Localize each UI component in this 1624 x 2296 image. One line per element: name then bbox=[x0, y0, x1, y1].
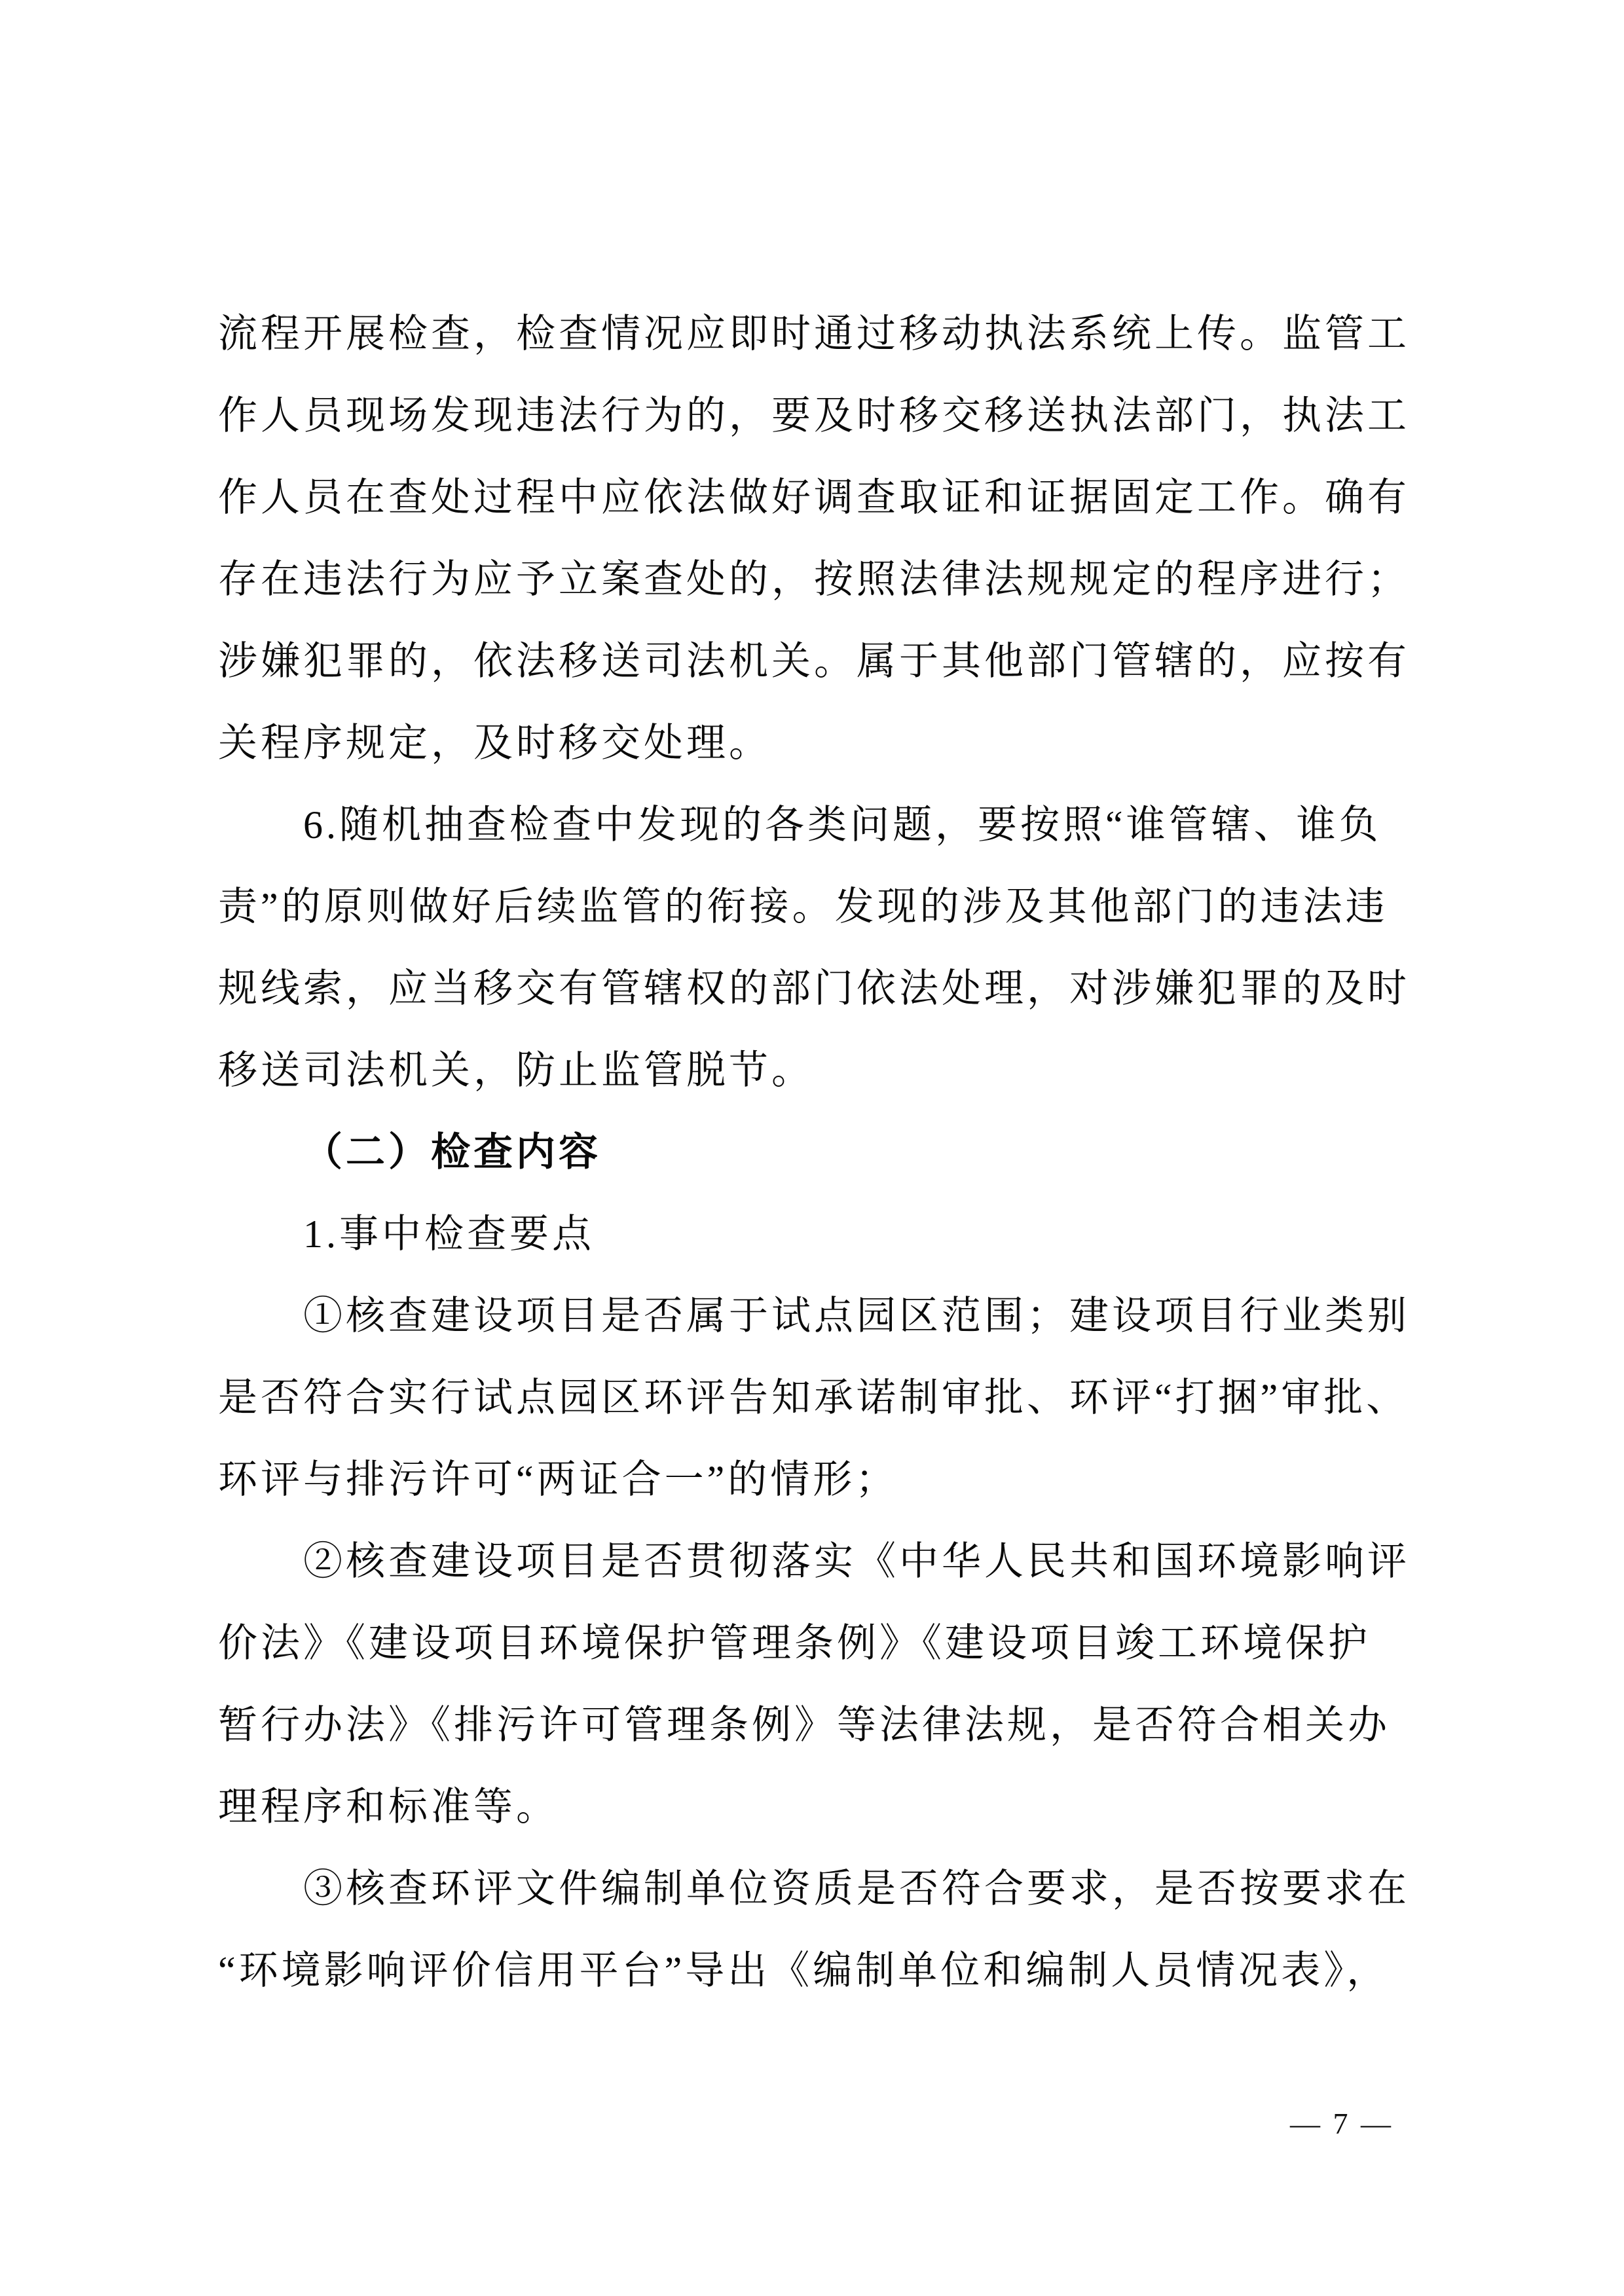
text-line: 存在违法行为应予立案查处的，按照法律法规规定的程序进行； bbox=[218, 539, 1436, 621]
text-line: 理程序和标准等。 bbox=[218, 1766, 1436, 1848]
text-line: 环评与排污许可“两证合一”的情形； bbox=[218, 1439, 1436, 1521]
document-body: 流程开展检查，检查情况应即时通过移动执法系统上传。监管工 作人员现场发现违法行为… bbox=[218, 293, 1436, 2012]
text-line: 关程序规定，及时移交处理。 bbox=[218, 702, 1436, 784]
text-line: 作人员在查处过程中应依法做好调查取证和证据固定工作。确有 bbox=[218, 457, 1436, 539]
list-item-line: ②核查建设项目是否贯彻落实《中华人民共和国环境影响评 bbox=[218, 1521, 1436, 1603]
list-item-heading: 1.事中检查要点 bbox=[218, 1194, 1436, 1275]
text-line: 规线索，应当移交有管辖权的部门依法处理，对涉嫌犯罪的及时 bbox=[218, 948, 1436, 1030]
document-page: 流程开展检查，检查情况应即时通过移动执法系统上传。监管工 作人员现场发现违法行为… bbox=[0, 0, 1624, 2296]
text-line: “环境影响评价信用平台”导出《编制单位和编制人员情况表》， bbox=[218, 1930, 1436, 2012]
text-line: 移送司法机关，防止监管脱节。 bbox=[218, 1030, 1436, 1112]
text-line: 涉嫌犯罪的，依法移送司法机关。属于其他部门管辖的，应按有 bbox=[218, 621, 1436, 702]
text-line: 责”的原则做好后续监管的衔接。发现的涉及其他部门的违法违 bbox=[218, 866, 1436, 948]
paragraph-start-line: 6.随机抽查检查中发现的各类问题，要按照“谁管辖、谁负 bbox=[218, 784, 1436, 866]
text-line: 流程开展检查，检查情况应即时通过移动执法系统上传。监管工 bbox=[218, 293, 1436, 375]
list-item-line: ①核查建设项目是否属于试点园区范围；建设项目行业类别 bbox=[218, 1275, 1436, 1357]
section-heading: （二）检查内容 bbox=[218, 1112, 1436, 1194]
text-line: 作人员现场发现违法行为的，要及时移交移送执法部门，执法工 bbox=[218, 375, 1436, 457]
text-line: 是否符合实行试点园区环评告知承诺制审批、环评“打捆”审批、 bbox=[218, 1357, 1436, 1439]
list-item-line: ③核查环评文件编制单位资质是否符合要求，是否按要求在 bbox=[218, 1848, 1436, 1930]
text-line: 价法》《建设项目环境保护管理条例》《建设项目竣工环境保护 bbox=[218, 1603, 1436, 1685]
page-number: — 7 — bbox=[1290, 2103, 1393, 2145]
text-line: 暂行办法》《排污许可管理条例》等法律法规，是否符合相关办 bbox=[218, 1685, 1436, 1766]
